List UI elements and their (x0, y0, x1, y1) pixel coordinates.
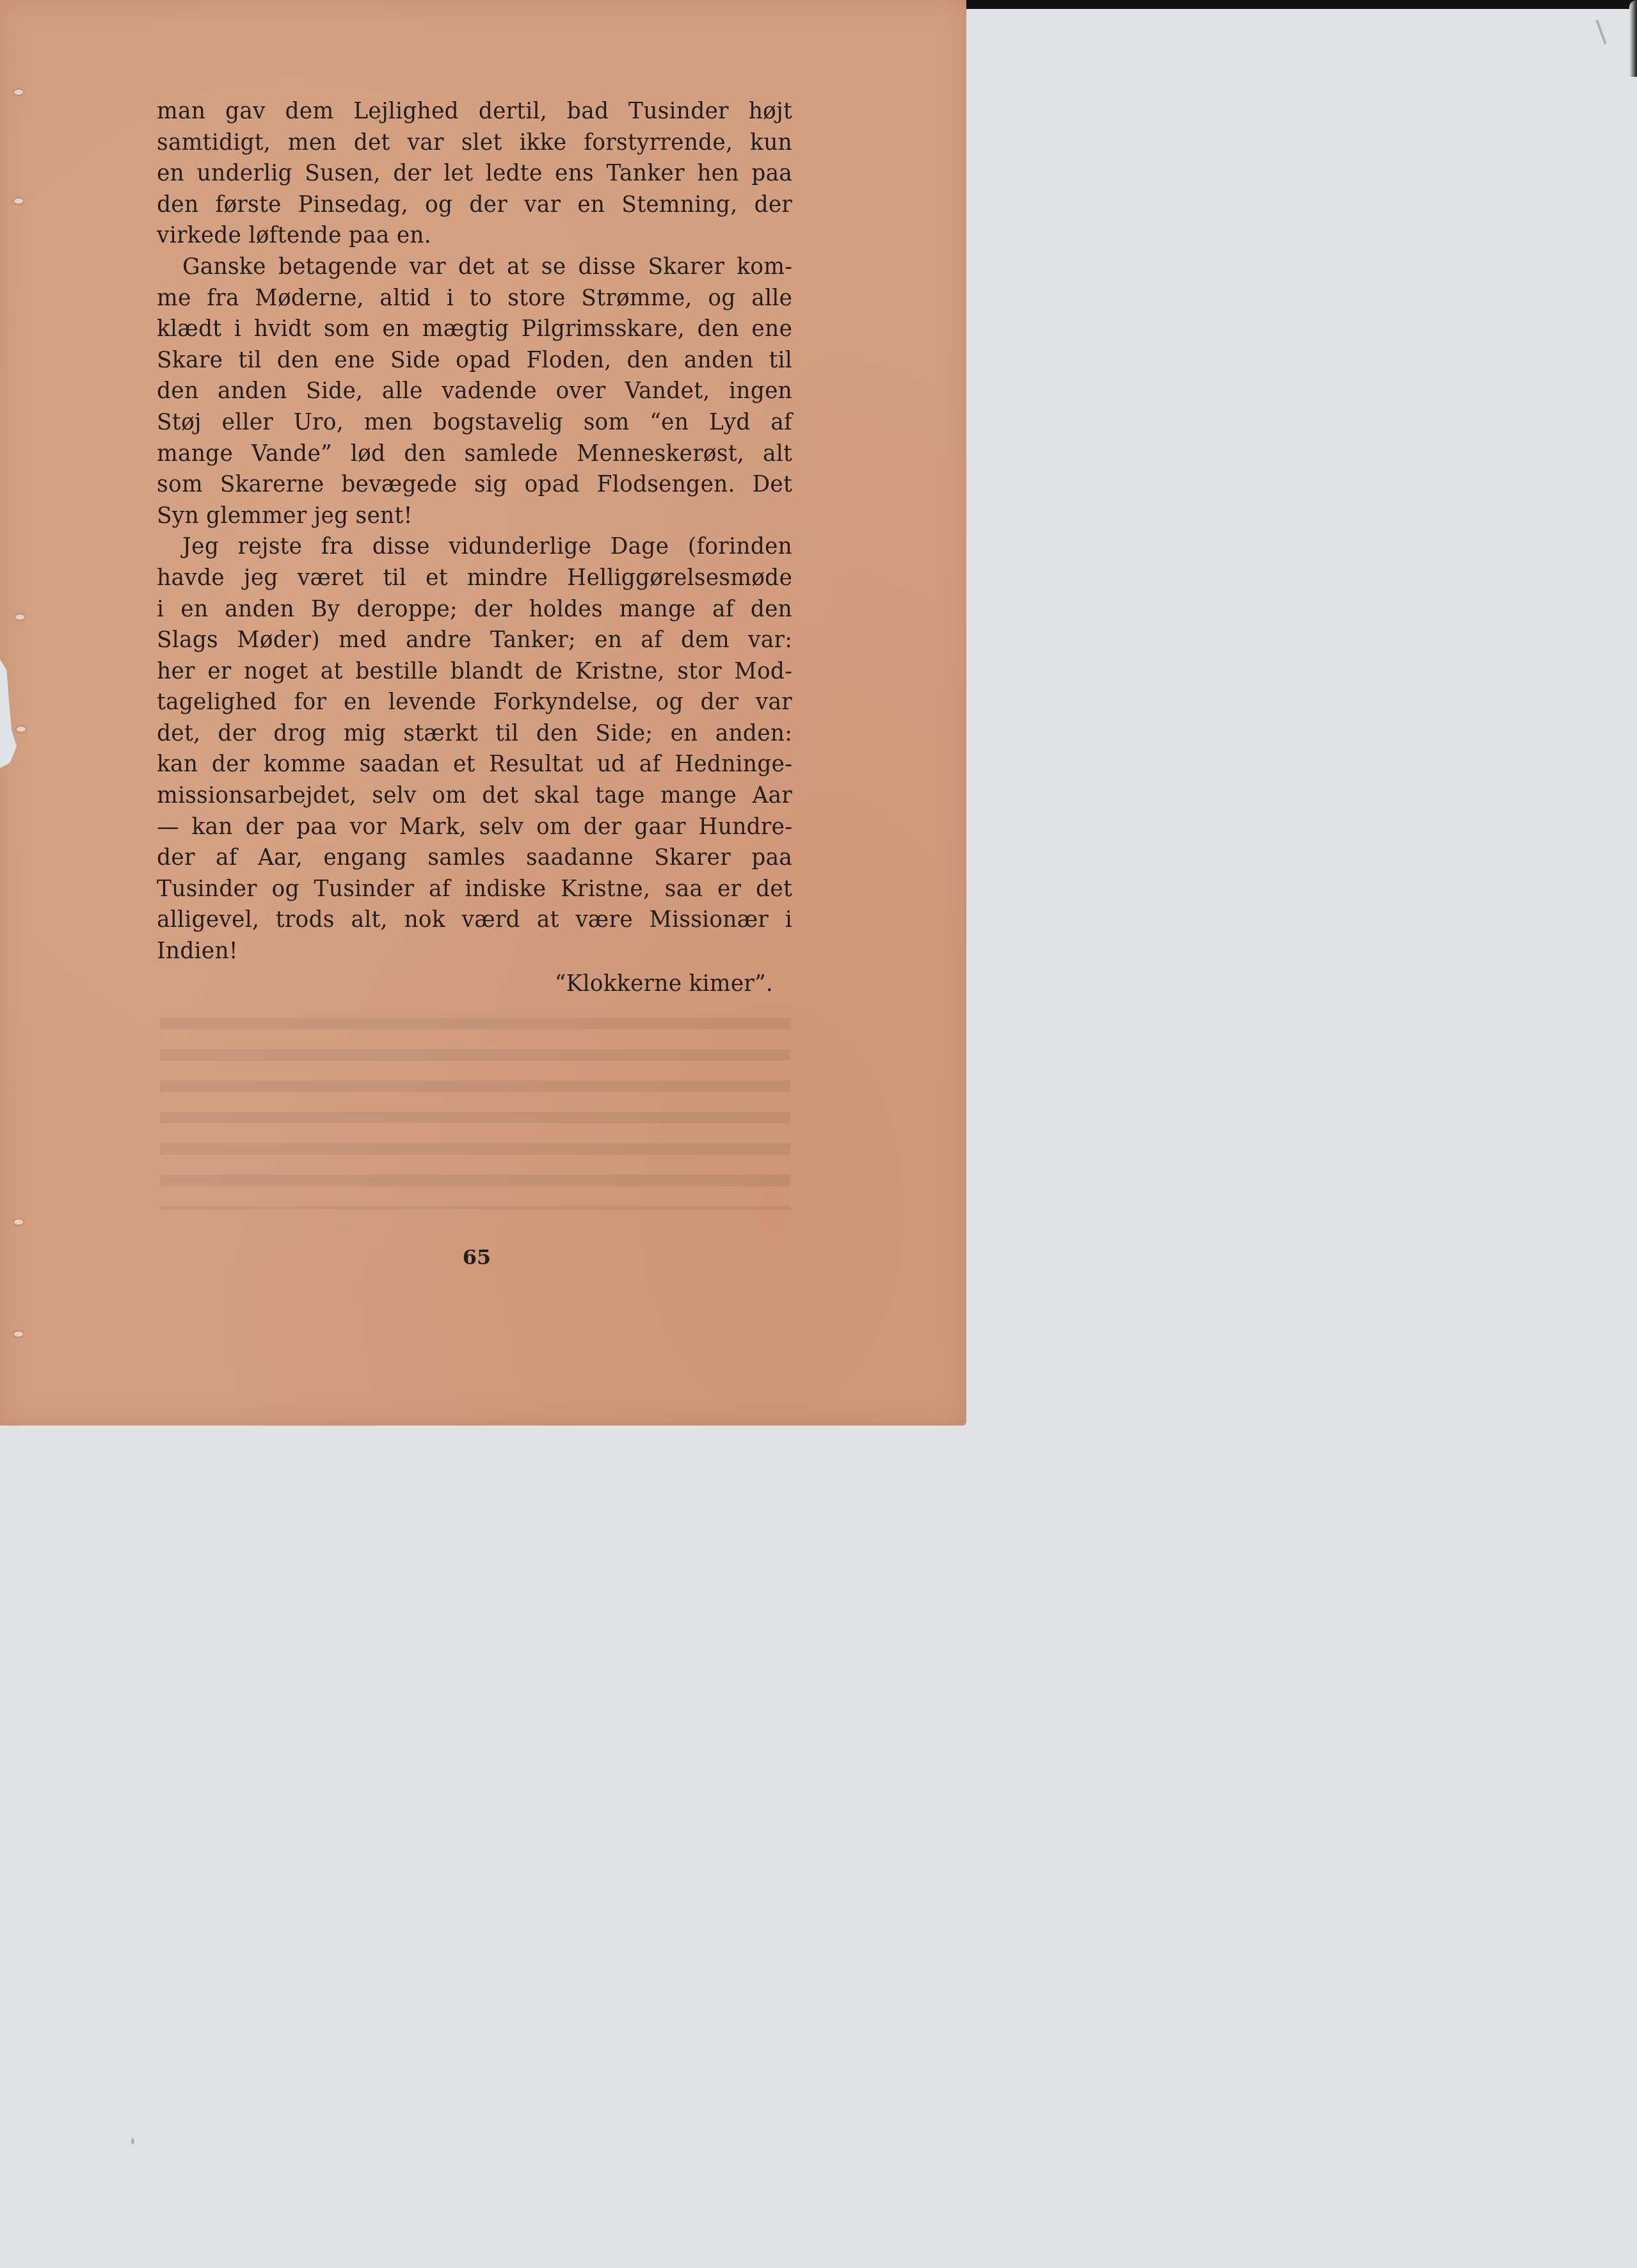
signature: “Klokkerne kimer”. (157, 969, 792, 1000)
text-line: en underlig Susen, der let ledte ens Tan… (157, 158, 792, 189)
body-text: man gav dem Lejlighed dertil, bad Tusind… (157, 96, 792, 999)
text-line: i en anden By deroppe; der holdes mange … (157, 594, 792, 625)
binding-hole (14, 198, 23, 204)
text-line: der af Aar, engang samles saadanne Skare… (157, 842, 792, 874)
binding-hole (14, 1331, 23, 1337)
text-line: samtidigt, men det var slet ikke forstyr… (157, 127, 792, 159)
text-line: Støj eller Uro, men bogstavelig som “en … (157, 407, 792, 438)
text-line: — kan der paa vor Mark, selv om der gaar… (157, 812, 792, 843)
paragraph: Ganske betagende var det at se disse Ska… (157, 252, 792, 531)
paragraph: man gav dem Lejlighed dertil, bad Tusind… (157, 96, 792, 252)
text-line: her er noget at bestille blandt de Krist… (157, 656, 792, 688)
text-line: kan der komme saadan et Resultat ud af H… (157, 749, 792, 780)
text-line: Ganske betagende var det at se disse Ska… (157, 252, 792, 283)
text-line: Indien! (157, 936, 792, 967)
binding-hole (14, 1219, 23, 1225)
page-number: 65 (442, 1245, 512, 1269)
binding-hole (14, 90, 23, 95)
text-line: den anden Side, alle vadende over Vandet… (157, 376, 792, 407)
text-line: den første Pinsedag, og der var en Stemn… (157, 189, 792, 221)
binding-hole (15, 615, 24, 620)
text-line: havde jeg været til et mindre Helliggøre… (157, 563, 792, 594)
text-line: Tusinder og Tusinder af indiske Kristne,… (157, 874, 792, 905)
text-line: tagelighed for en levende Forkyndelse, o… (157, 687, 792, 718)
text-line: Jeg rejste fra disse vidunderlige Dage (… (157, 531, 792, 563)
text-line: man gav dem Lejlighed dertil, bad Tusind… (157, 96, 792, 127)
text-line: mange Vande” lød den samlede Menneskerøs… (157, 438, 792, 470)
text-line: klædt i hvidt som en mægtig Pilgrimsskar… (157, 314, 792, 345)
bleed-through-text (160, 1018, 790, 1210)
text-line: alligevel, trods alt, nok værd at være M… (157, 905, 792, 936)
text-line: det, der drog mig stærkt til den Side; e… (157, 718, 792, 750)
text-line: me fra Møderne, altid i to store Strømme… (157, 283, 792, 314)
text-line: Skare til den ene Side opad Floden, den … (157, 345, 792, 376)
text-line: som Skarerne bevægede sig opad Flodsenge… (157, 469, 792, 501)
paragraph: Jeg rejste fra disse vidunderlige Dage (… (157, 531, 792, 967)
book-page: man gav dem Lejlighed dertil, bad Tusind… (0, 0, 966, 1426)
scanner-edge-strip (947, 0, 1637, 9)
text-line: Syn glemmer jeg sent! (157, 501, 792, 532)
dust-mark (131, 2138, 134, 2144)
dust-mark (1595, 20, 1606, 45)
text-line: Slags Møder) med andre Tanker; en af dem… (157, 625, 792, 656)
scanner-corner-shadow (1629, 0, 1637, 77)
torn-edge (0, 659, 17, 768)
text-line: virkede løftende paa en. (157, 220, 792, 252)
binding-hole (17, 727, 26, 732)
text-line: missionsarbejdet, selv om det skal tage … (157, 780, 792, 812)
